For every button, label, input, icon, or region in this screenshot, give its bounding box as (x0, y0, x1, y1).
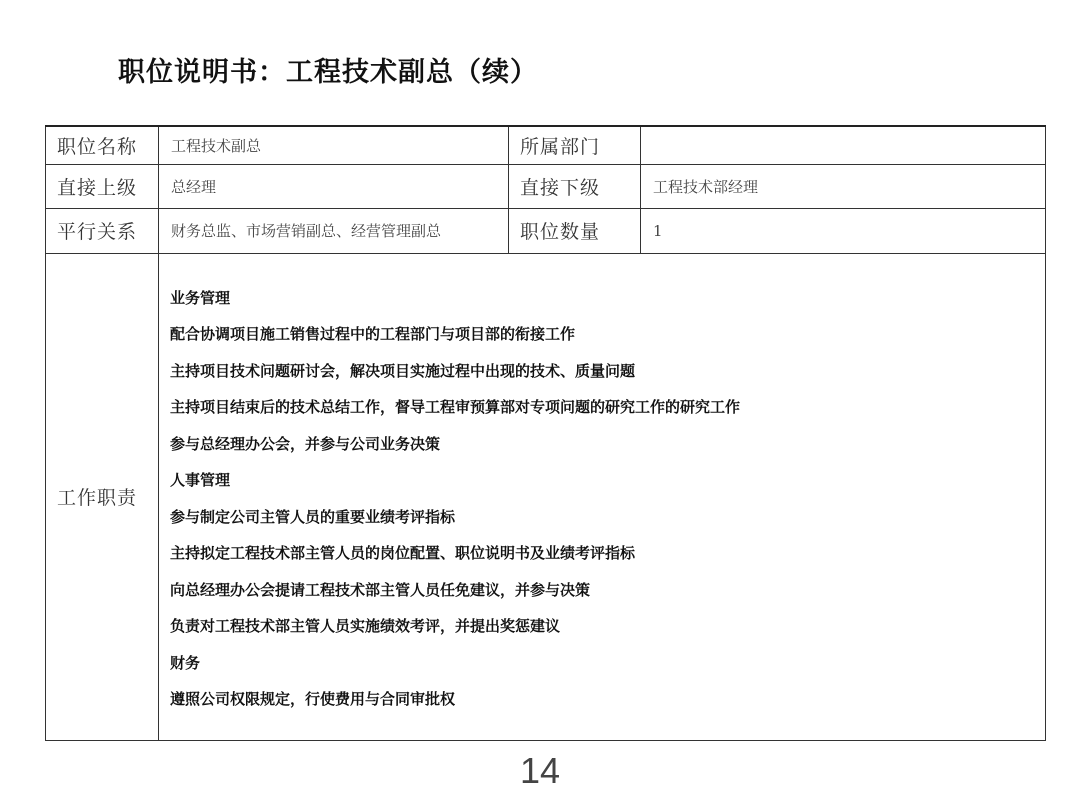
field-value-position-name: 工程技术副总 (159, 126, 509, 164)
duty-item: 主持拟定工程技术部主管人员的岗位配置、职位说明书及业绩考评指标 (170, 535, 1045, 572)
field-value-direct-superior: 总经理 (159, 164, 509, 208)
duty-section-heading: 财务 (170, 645, 1045, 682)
field-label-duties: 工作职责 (46, 253, 159, 740)
duty-item: 主持项目结束后的技术总结工作，督导工程审预算部对专项问题的研究工作的研究工作 (170, 389, 1045, 426)
duty-item: 遵照公司权限规定，行使费用与合同审批权 (170, 681, 1045, 718)
duty-section-heading: 人事管理 (170, 462, 1045, 499)
duty-item: 负责对工程技术部主管人员实施绩效考评，并提出奖惩建议 (170, 608, 1045, 645)
duty-item: 参与制定公司主管人员的重要业绩考评指标 (170, 499, 1045, 536)
table-row-duties: 工作职责 业务管理 配合协调项目施工销售过程中的工程部门与项目部的衔接工作 主持… (46, 253, 1046, 740)
field-label-peer-relations: 平行关系 (46, 208, 159, 253)
page-title: 职位说明书：工程技术副总（续） (118, 50, 538, 89)
duties-list: 业务管理 配合协调项目施工销售过程中的工程部门与项目部的衔接工作 主持项目技术问… (159, 253, 1046, 740)
duty-item: 向总经理办公会提请工程技术部主管人员任免建议，并参与决策 (170, 572, 1045, 609)
field-value-headcount: 1 (641, 208, 1046, 253)
field-label-direct-subordinate: 直接下级 (509, 164, 641, 208)
table-row: 直接上级 总经理 直接下级 工程技术部经理 (46, 164, 1046, 208)
page-number: 14 (0, 750, 1080, 792)
field-label-position-name: 职位名称 (46, 126, 159, 164)
field-value-peer-relations: 财务总监、市场营销副总、经营管理副总 (159, 208, 509, 253)
field-value-direct-subordinate: 工程技术部经理 (641, 164, 1046, 208)
duty-item: 配合协调项目施工销售过程中的工程部门与项目部的衔接工作 (170, 316, 1045, 353)
field-label-direct-superior: 直接上级 (46, 164, 159, 208)
duty-item: 参与总经理办公会，并参与公司业务决策 (170, 426, 1045, 463)
duty-item: 主持项目技术问题研讨会，解决项目实施过程中出现的技术、质量问题 (170, 353, 1045, 390)
job-spec-table: 职位名称 工程技术副总 所属部门 直接上级 总经理 直接下级 工程技术部经理 平… (45, 125, 1046, 741)
duty-section-heading: 业务管理 (170, 280, 1045, 317)
field-label-department: 所属部门 (509, 126, 641, 164)
table-row: 职位名称 工程技术副总 所属部门 (46, 126, 1046, 164)
field-value-department (641, 126, 1046, 164)
table-row: 平行关系 财务总监、市场营销副总、经营管理副总 职位数量 1 (46, 208, 1046, 253)
field-label-headcount: 职位数量 (509, 208, 641, 253)
